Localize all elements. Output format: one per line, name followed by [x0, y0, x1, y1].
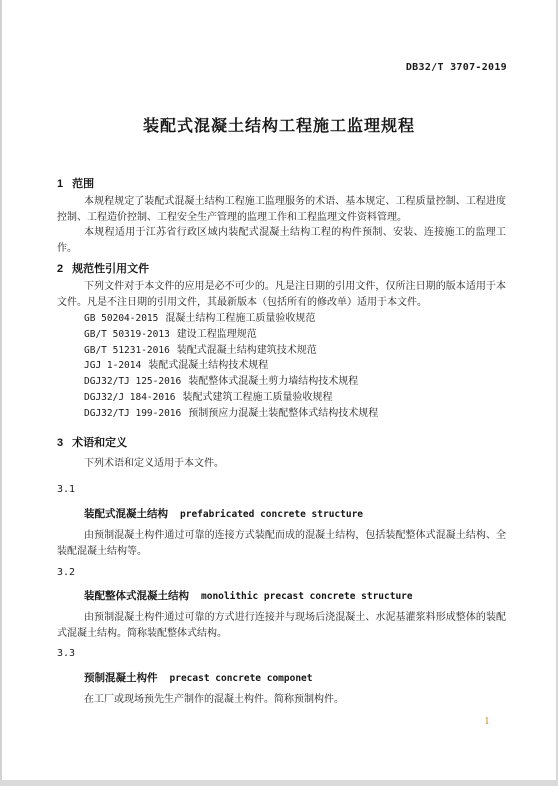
term-heading: 装配整体式混凝土结构monolithic precast concrete st… — [84, 588, 413, 603]
term-definition: 由预制混凝土构件通过可靠的方式进行连接并与现场后浇混凝土、水泥基灌浆料形成整体的… — [57, 610, 506, 641]
reference-title: 装配式混凝土结构技术规程 — [148, 360, 268, 371]
section-2-label: 规范性引用文件 — [72, 263, 149, 275]
reference-item: DGJ32/TJ 199-2016预制预应力混凝土装配整体式结构技术规程 — [84, 406, 378, 422]
standard-code: DB32/T 3707-2019 — [57, 62, 507, 73]
reference-code: GB 50204-2015 — [84, 313, 158, 324]
section-3-label: 术语和定义 — [72, 437, 127, 449]
reference-item: JGJ 1-2014装配式混凝土结构技术规程 — [84, 358, 378, 374]
section-1-label: 范围 — [72, 178, 94, 190]
reference-code: JGJ 1-2014 — [84, 360, 141, 371]
term-english: prefabricated concrete structure — [180, 509, 363, 520]
term-chinese: 装配式混凝土结构 — [84, 509, 168, 520]
section-1-number: 1 — [57, 178, 63, 190]
terms-intro: 下列术语和定义适用于本文件。 — [57, 456, 506, 472]
term-definition: 由预制混凝土构件通过可靠的连接方式装配而成的混凝土结构，包括装配整体式混凝土结构… — [57, 528, 506, 559]
reference-title: 建设工程监理规范 — [177, 329, 257, 340]
reference-title: 混凝土结构工程施工质量验收规范 — [165, 313, 315, 324]
section-1-heading: 1范围 — [57, 175, 94, 191]
reference-code: DGJ32/TJ 125-2016 — [84, 376, 181, 387]
term-number: 3.3 — [57, 648, 75, 659]
section-2-number: 2 — [57, 263, 63, 275]
reference-code: DGJ32/J 184-2016 — [84, 392, 176, 403]
scope-paragraph-1: 本规程规定了装配式混凝土结构工程施工监理服务的术语、基本规定、工程质量控制、工程… — [57, 194, 506, 225]
page-edge-bottom — [0, 780, 558, 786]
reference-item: GB 50204-2015混凝土结构工程施工质量验收规范 — [84, 311, 378, 327]
reference-item: GB/T 51231-2016装配式混凝土结构建筑技术规范 — [84, 343, 378, 359]
reference-code: DGJ32/TJ 199-2016 — [84, 408, 181, 419]
reference-title: 装配整体式混凝土剪力墙结构技术规程 — [188, 376, 358, 387]
reference-code: GB/T 51231-2016 — [84, 345, 170, 356]
term-english: precast concrete componet — [170, 673, 313, 684]
standard-document-page: DB32/T 3707-2019 装配式混凝土结构工程施工监理规程 1范围 本规… — [0, 0, 558, 786]
term-heading: 装配式混凝土结构prefabricated concrete structure — [84, 506, 363, 521]
scope-paragraph-2: 本规程适用于江苏省行政区域内装配式混凝土结构工程的构件预制、安装、连接施工的监理… — [57, 225, 506, 256]
term-number: 3.2 — [57, 567, 75, 578]
term-chinese: 预制混凝土构件 — [84, 673, 158, 684]
term-definition: 在工厂或现场预先生产制作的混凝土构件。简称预制构件。 — [57, 692, 506, 708]
reference-item: DGJ32/J 184-2016装配式建筑工程施工质量验收规程 — [84, 390, 378, 406]
reference-code: GB/T 50319-2013 — [84, 329, 170, 340]
page-number: 1 — [484, 715, 490, 728]
reference-title: 装配式建筑工程施工质量验收规程 — [183, 392, 333, 403]
term-number: 3.1 — [57, 484, 75, 495]
term-english: monolithic precast concrete structure — [201, 591, 413, 602]
section-3-heading: 3术语和定义 — [57, 434, 127, 450]
reference-item: GB/T 50319-2013建设工程监理规范 — [84, 327, 378, 343]
reference-item: DGJ32/TJ 125-2016装配整体式混凝土剪力墙结构技术规程 — [84, 374, 378, 390]
reference-title: 预制预应力混凝土装配整体式结构技术规程 — [188, 408, 378, 419]
references-intro: 下列文件对于本文件的应用是必不可少的。凡是注日期的引用文件，仅所注日期的版本适用… — [57, 279, 506, 310]
term-heading: 预制混凝土构件precast concrete componet — [84, 670, 313, 685]
document-title: 装配式混凝土结构工程施工监理规程 — [0, 113, 558, 136]
term-chinese: 装配整体式混凝土结构 — [84, 591, 189, 602]
normative-references-list: GB 50204-2015混凝土结构工程施工质量验收规范 GB/T 50319-… — [84, 311, 378, 422]
section-2-heading: 2规范性引用文件 — [57, 260, 149, 276]
section-3-number: 3 — [57, 437, 63, 449]
reference-title: 装配式混凝土结构建筑技术规范 — [177, 345, 317, 356]
